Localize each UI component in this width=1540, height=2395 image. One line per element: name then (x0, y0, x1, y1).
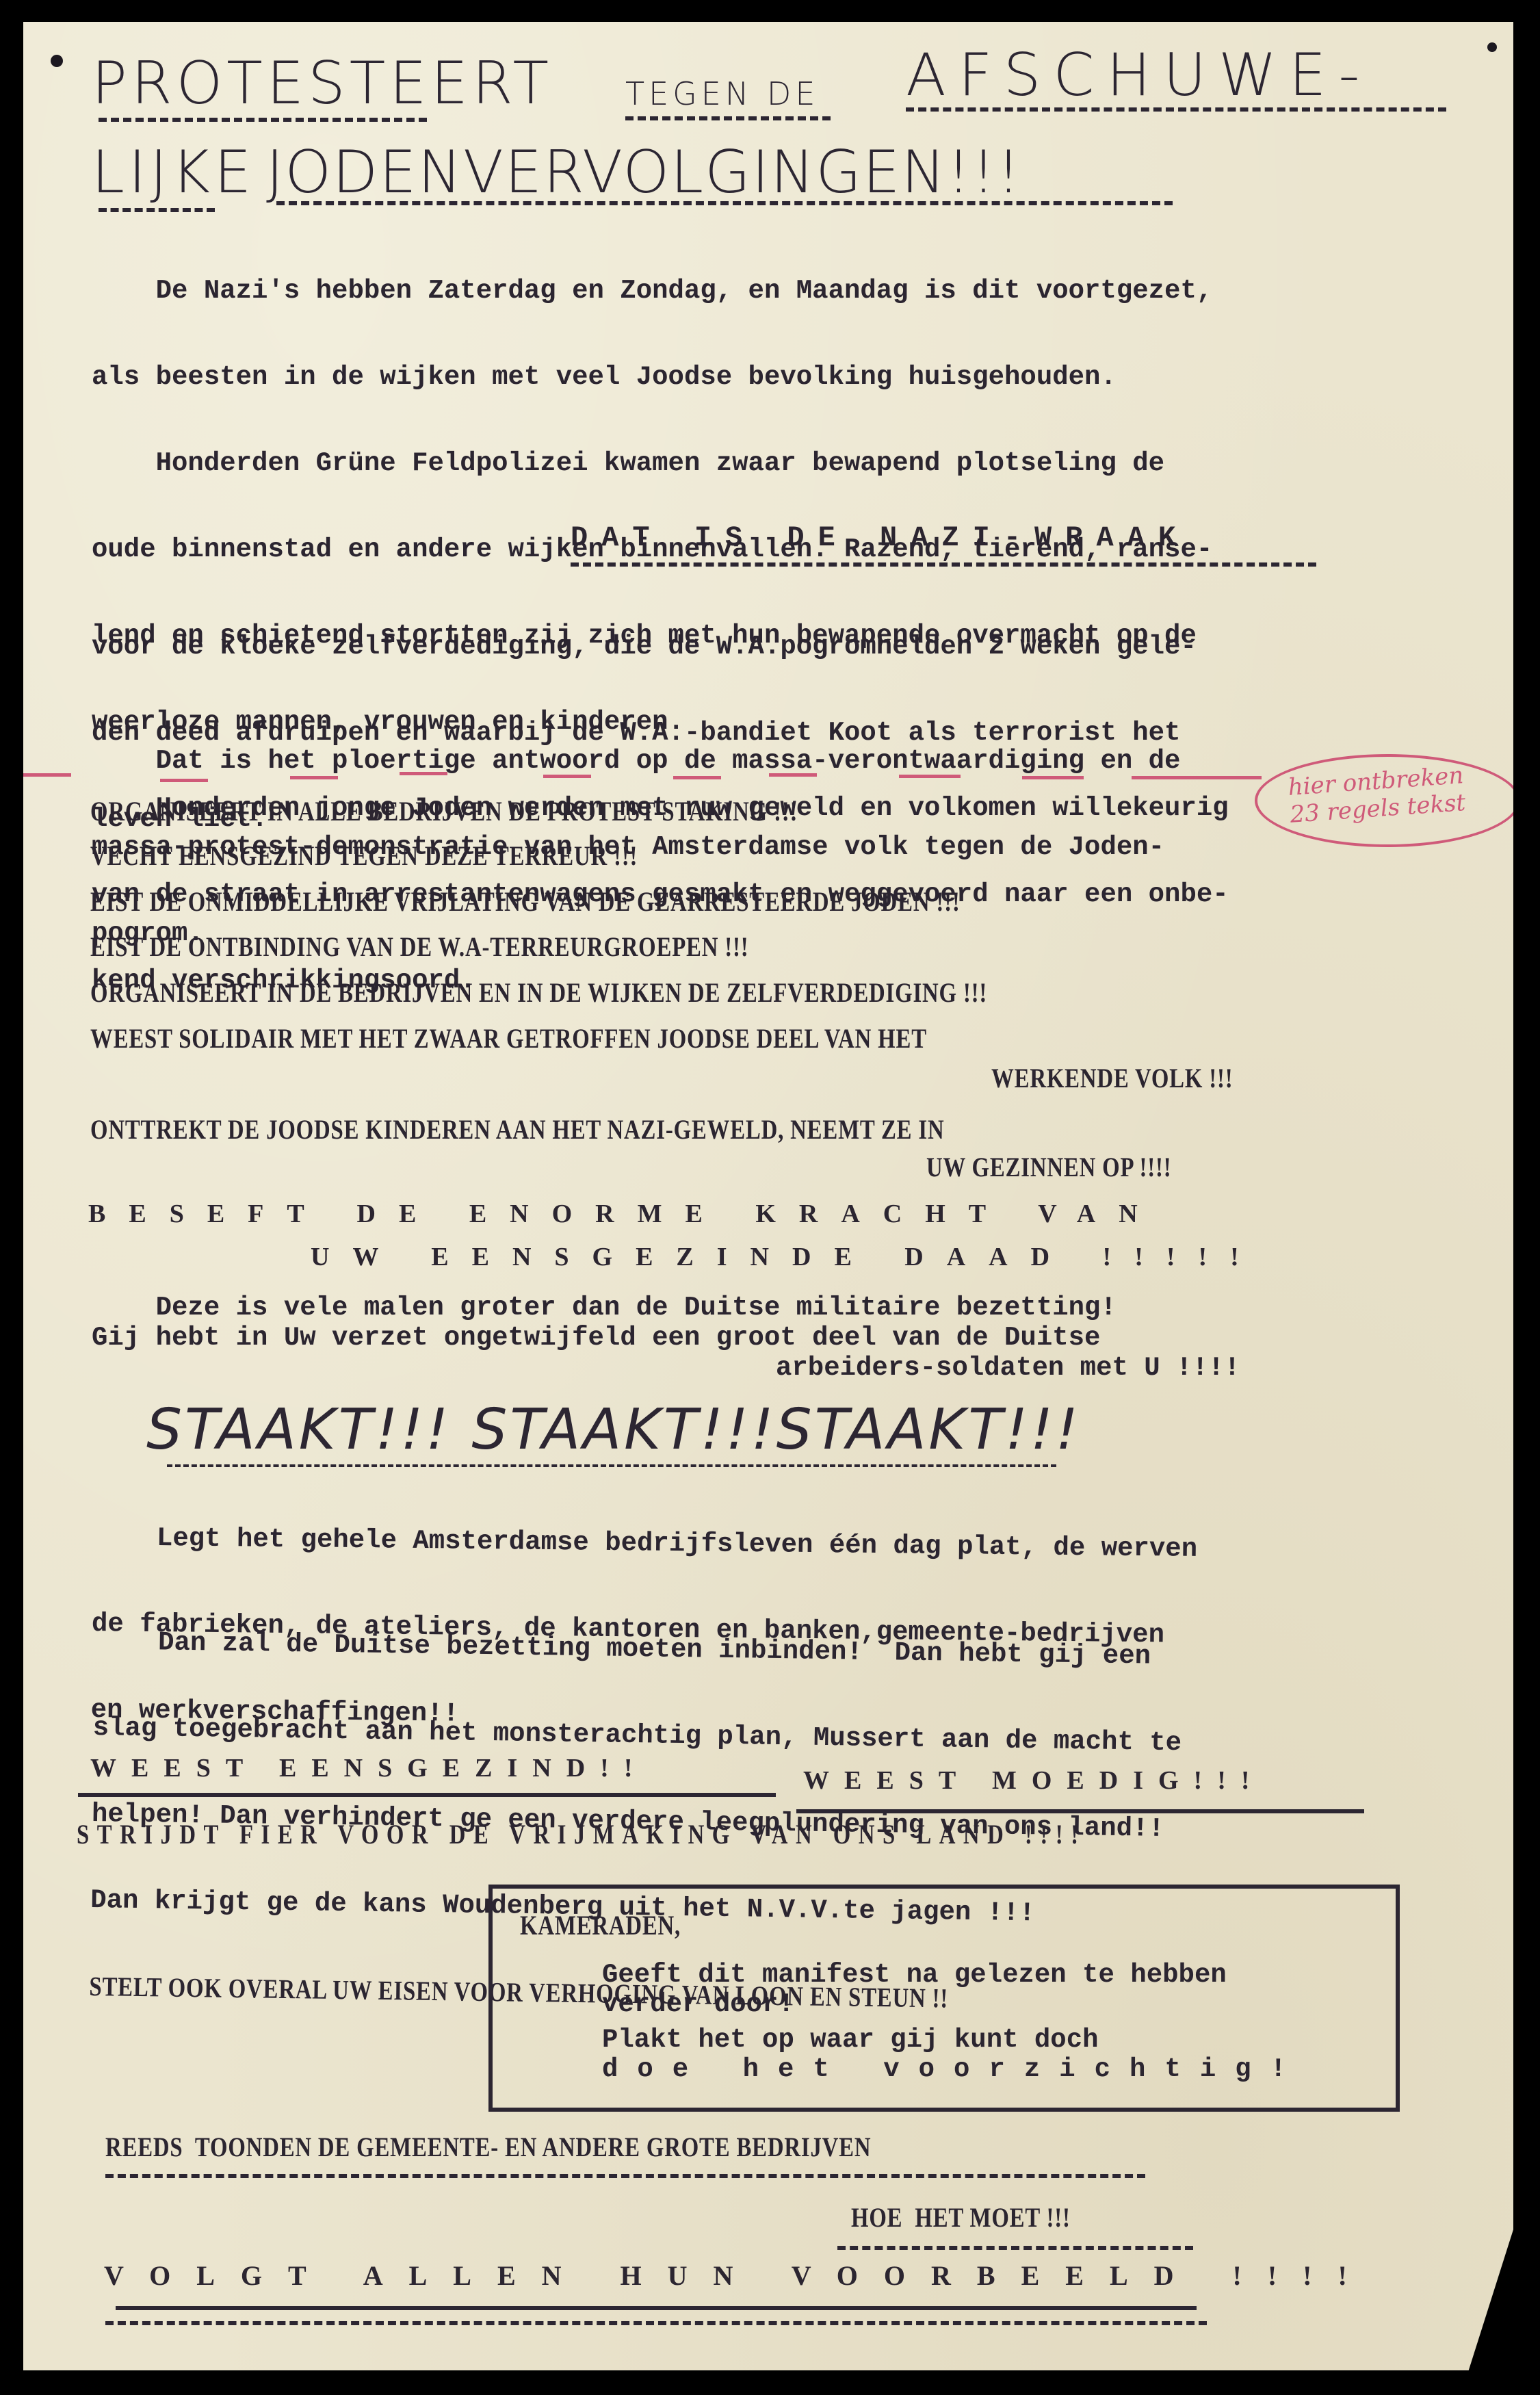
strength-paragraph-2: Gij hebt in Uw verzet ongetwijfeld een g… (92, 1323, 1100, 1352)
headline-underline (276, 201, 1173, 205)
red-mark (160, 779, 208, 782)
closing-line: VOLGT ALLEN HUN VOORBEELD !!!! (104, 2260, 1373, 2292)
fight-slogan: STRIJDT FIER VOOR DE VRIJMAKING VAN ONS … (77, 1818, 1086, 1850)
red-mark (673, 776, 721, 779)
subheading-underline (571, 562, 1316, 567)
headline-protesteert: PROTESTEERT (92, 49, 553, 118)
punch-hole (1487, 42, 1497, 52)
manifesto-sheet: PROTESTEERT TEGEN DE AFSCHUWE- LIJKE JOD… (23, 22, 1513, 2370)
box-line: Plakt het op waar gij kunt doch (602, 2025, 1099, 2054)
headline-underline (99, 208, 215, 212)
unity-right: WEEST MOEDIG!!! (803, 1765, 1265, 1796)
slogan-children-cont: UW GEZINNEN OP !!!! (926, 1151, 1171, 1183)
realize-heading-cont: UW EENSGEZINDE DAAD !!!!! (311, 1242, 1262, 1272)
text-line: Legt het gehele Amsterdamse bedrijfsleve… (92, 1523, 1197, 1564)
text-line: voor de kloeke zelfverdediging, die de W… (92, 632, 1197, 661)
strength-paragraph-3: arbeiders-soldaten met U !!!! (776, 1354, 1240, 1382)
kameraden-box: KAMERADEN, Geeft dit manifest na gelezen… (488, 1885, 1400, 2112)
slogan: ORGANISEERT IN ALLE BEDRIJVEN DE PROTEST… (90, 795, 798, 827)
unity-left: WEEST EENSGEZIND!! (90, 1753, 647, 1783)
headline-lijke: LIJKE (92, 138, 255, 207)
headline-jodenvervolgingen: JODENVERVOLGINGEN!!! (266, 138, 1021, 207)
box-salutation: KAMERADEN, (520, 1909, 681, 1941)
subheading-nazi-wraak: DAT IS DE NAZI-WRAAK (571, 521, 1189, 554)
box-line: Geeft dit manifest na gelezen te hebben (602, 1960, 1227, 1989)
red-mark (1022, 776, 1084, 779)
text-line: als beesten in de wijken met veel Joodse… (92, 363, 1229, 391)
headline-afschuwe: AFSCHUWE- (906, 41, 1372, 109)
text-line: Honderden Grüne Feldpolizei kwamen zwaar… (92, 449, 1229, 478)
unity-underline (78, 1793, 776, 1797)
strength-paragraph-1: Deze is vele malen groter dan de Duitse … (92, 1293, 1117, 1322)
text-line: Dat is het ploertige antwoord op de mass… (92, 747, 1180, 775)
headline-underline (906, 107, 1446, 112)
realize-heading: BESEFT DE ENORME KRACHT VAN (88, 1199, 1161, 1229)
slogan: VECHT EENSGEZIND TEGEN DEZE TERREUR !!! (90, 840, 638, 872)
closing-underline (116, 2306, 1197, 2310)
red-mark (1132, 776, 1262, 779)
red-mark (543, 775, 591, 778)
box-line: doe het voorzichtig! (602, 2055, 1305, 2084)
box-line: verder door! (602, 1990, 794, 2019)
closing-line: REEDS TOONDEN DE GEMEENTE- EN ANDERE GRO… (105, 2131, 871, 2163)
text-line: Dan zal de Duitse bezetting moeten inbin… (94, 1627, 1183, 1671)
punch-hole (51, 55, 63, 67)
strike-heading: STAAKT!!! STAAKT!!!STAAKT!!! (146, 1397, 1081, 1462)
headline-tegen-de: TEGEN DE (625, 75, 819, 112)
headline-underline (99, 118, 427, 122)
strike-underline (167, 1464, 1056, 1467)
text-line: slag toegebracht aan het monsterachtig p… (92, 1713, 1182, 1757)
red-mark (899, 775, 961, 778)
red-mark (23, 773, 71, 777)
closing-underline (105, 2174, 1145, 2178)
slogan: EIST DE ONTBINDING VAN DE W.A-TERREURGRO… (90, 931, 749, 963)
closing-underline (105, 2321, 1207, 2325)
slogan-solidarity: WEEST SOLIDAIR MET HET ZWAAR GETROFFEN J… (90, 1022, 927, 1054)
red-mark (400, 772, 447, 775)
closing-line: HOE HET MOET !!! (851, 2201, 1071, 2234)
text-line: De Nazi's hebben Zaterdag en Zondag, en … (92, 276, 1229, 305)
red-mark (290, 776, 338, 779)
slogan-solidarity-cont: WERKENDE VOLK !!! (991, 1062, 1233, 1094)
slogan: ORGANISEERT IN DE BEDRIJVEN EN IN DE WIJ… (90, 976, 987, 1009)
slogan: EIST DE ONMIDDELLIJKE VRIJLATING VAN DE … (90, 885, 961, 918)
red-mark (769, 773, 817, 777)
slogan-children: ONTTREKT DE JOODSE KINDEREN AAN HET NAZI… (90, 1113, 944, 1145)
headline-underline (625, 116, 831, 120)
closing-underline (837, 2246, 1193, 2250)
unity-underline (796, 1809, 1364, 1813)
